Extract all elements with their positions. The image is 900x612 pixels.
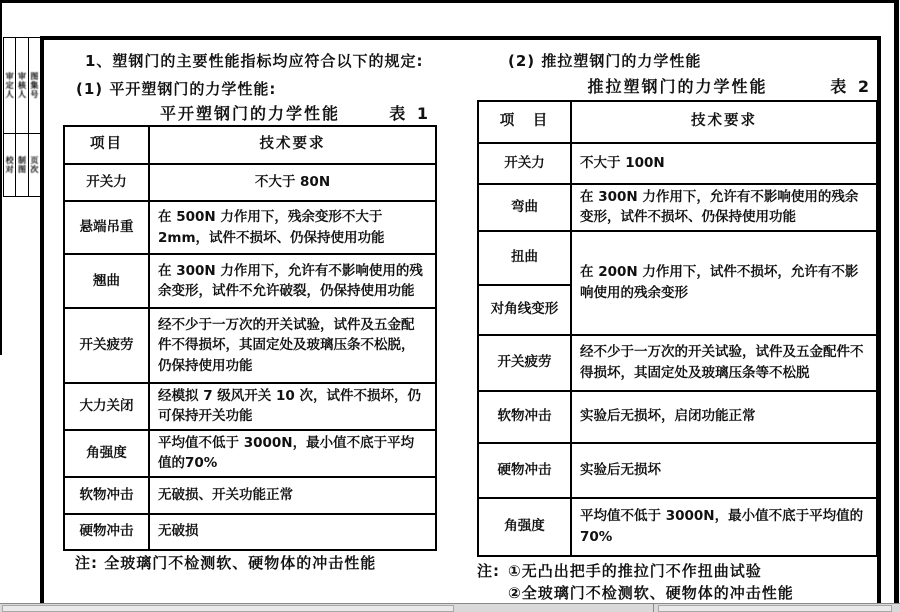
row-req: 经模拟 7 级风开关 10 次，试件不损坏，仍可保持开关功能: [149, 383, 436, 430]
margin-stamp-strip: 审定人 审核人 图集号 校对 制图 页次: [3, 37, 41, 197]
row-req: 经不少于一万次的开关试验，试件及五金配件不得损坏，其固定处及玻璃压条等不松脱: [571, 335, 877, 391]
col-header-item: 项目: [64, 126, 149, 164]
stamp-group-lower: 校对 制图 页次: [3, 133, 41, 197]
row-req: 实验后无损坏: [571, 443, 877, 498]
row-item: 开关力: [478, 143, 571, 184]
table-row: 翘曲 在 300N 力作用下，允许有不影响使用的残余变形，试件不允许破裂，仍保持…: [64, 254, 436, 308]
row-item: 开关疲劳: [478, 335, 571, 391]
stamp-text: 制图: [16, 156, 27, 174]
row-item: 悬端吊重: [64, 201, 149, 254]
note-prefix: 注:: [477, 560, 500, 604]
stamp-cell: 图集号: [28, 37, 41, 134]
section2-heading: (2) 推拉塑钢门的力学性能: [508, 50, 701, 71]
row-item: 软物冲击: [478, 391, 571, 443]
row-item: 硬物冲击: [478, 443, 571, 498]
table-pingkai-door: 项目 技术要求 开关力 不大于 80N 悬端吊重 在 500N 力作用下，残余变…: [63, 125, 437, 551]
row-item: 开关疲劳: [64, 308, 149, 383]
row-req: 实验后无损坏，启闭功能正常: [571, 391, 877, 443]
stamp-group-upper: 审定人 审核人 图集号: [3, 37, 41, 134]
table2-note: 注: ①无凸出把手的推拉门不作扭曲试验 ②全玻璃门不检测软、硬物体的冲击性能: [477, 560, 794, 604]
table2-label: 表 2: [830, 74, 872, 97]
row-item: 对角线变形: [478, 285, 571, 335]
row-item: 角强度: [64, 430, 149, 477]
table-row: 开关力 不大于 80N: [64, 164, 436, 201]
table-header-row: 项目 技术要求: [64, 126, 436, 164]
row-item: 硬物冲击: [64, 514, 149, 550]
row-req-merged: 在 200N 力作用下，试件不损坏，允许有不影响使用的残余变形: [571, 231, 877, 335]
scan-edge-top: [0, 0, 898, 3]
table1-label: 表 1: [389, 101, 431, 124]
table-row: 软物冲击 无破损、开关功能正常: [64, 477, 436, 514]
row-item: 大力关闭: [64, 383, 149, 430]
table-row: 开关疲劳 经不少于一万次的开关试验，试件及五金配件不得损坏，其固定处及玻璃压条不…: [64, 308, 436, 383]
note-line-2: ②全玻璃门不检测软、硬物体的冲击性能: [508, 582, 794, 604]
table-tuila-door: 项 目 技术要求 开关力 不大于 100N 弯曲 在 300N 力作用下，允许有…: [477, 100, 878, 557]
table-row: 弯曲 在 300N 力作用下，允许有不影响使用的残余变形，试件不损坏、仍保持使用…: [478, 184, 877, 231]
row-req: 无破损、开关功能正常: [149, 477, 436, 514]
scrollbar-segment-right[interactable]: [658, 605, 892, 612]
table2-caption: 推拉塑钢门的力学性能 表 2: [477, 74, 878, 97]
row-item: 翘曲: [64, 254, 149, 308]
row-req: 在 300N 力作用下，允许有不影响使用的残余变形，试件不允许破裂，仍保持使用功…: [149, 254, 436, 308]
row-req: 在 500N 力作用下，残余变形不大于 2mm，试件不损坏、仍保持使用功能: [149, 201, 436, 254]
stamp-cell: 制图: [15, 133, 28, 197]
intro-line: 1、塑钢门的主要性能指标均应符合以下的规定:: [85, 50, 423, 71]
table-row: 软物冲击 实验后无损坏，启闭功能正常: [478, 391, 877, 443]
row-item: 开关力: [64, 164, 149, 201]
stamp-text: 审核人: [16, 72, 27, 99]
stamp-text: 页次: [29, 156, 40, 174]
table-row: 大力关闭 经模拟 7 级风开关 10 次，试件不损坏，仍可保持开关功能: [64, 383, 436, 430]
table2-title: 推拉塑钢门的力学性能: [477, 74, 878, 97]
scrollbar-segment-left[interactable]: [2, 605, 454, 612]
row-item: 软物冲击: [64, 477, 149, 514]
table-row: 硬物冲击 无破损: [64, 514, 436, 550]
table-row: 硬物冲击 实验后无损坏: [478, 443, 877, 498]
stamp-text: 校对: [4, 156, 15, 174]
scan-edge-right: [894, 0, 899, 612]
table-row: 角强度 平均值不低于 3000N，最小值不底于平均值的70%: [478, 498, 877, 556]
table1-title: 平开塑钢门的力学性能: [63, 101, 437, 124]
table-row: 开关疲劳 经不少于一万次的开关试验，试件及五金配件不得损坏，其固定处及玻璃压条等…: [478, 335, 877, 391]
table1-caption: 平开塑钢门的力学性能 表 1: [63, 101, 437, 124]
table-row: 悬端吊重 在 500N 力作用下，残余变形不大于 2mm，试件不损坏、仍保持使用…: [64, 201, 436, 254]
note-line-1: ①无凸出把手的推拉门不作扭曲试验: [508, 560, 794, 582]
stamp-text: 审定人: [4, 72, 15, 99]
scan-edge-left: [0, 0, 2, 355]
row-item: 角强度: [478, 498, 571, 556]
col-header-item: 项 目: [478, 101, 571, 143]
row-item: 扭曲: [478, 231, 571, 285]
row-req: 平均值不低于 3000N，最小值不底于平均值的70%: [149, 430, 436, 477]
col-header-req: 技术要求: [571, 101, 877, 143]
stamp-cell: 审定人: [3, 37, 16, 134]
row-req: 平均值不低于 3000N，最小值不底于平均值的70%: [571, 498, 877, 556]
row-item: 弯曲: [478, 184, 571, 231]
row-req: 经不少于一万次的开关试验，试件及五金配件不得损坏，其固定处及玻璃压条不松脱，仍保…: [149, 308, 436, 383]
scrollbar-divider: [653, 604, 654, 612]
table1-note: 注: 全玻璃门不检测软、硬物体的冲击性能: [75, 552, 376, 573]
table-row: 扭曲 在 200N 力作用下，试件不损坏，允许有不影响使用的残余变形: [478, 231, 877, 285]
table-row: 开关力 不大于 100N: [478, 143, 877, 184]
row-req: 不大于 100N: [571, 143, 877, 184]
row-req: 不大于 80N: [149, 164, 436, 201]
section1-heading: (1) 平开塑钢门的力学性能:: [76, 78, 276, 99]
col-header-req: 技术要求: [149, 126, 436, 164]
row-req: 无破损: [149, 514, 436, 550]
stamp-cell: 审核人: [15, 37, 28, 134]
stamp-text: 图集号: [29, 72, 40, 99]
table-header-row: 项 目 技术要求: [478, 101, 877, 143]
stamp-cell: 页次: [28, 133, 41, 197]
horizontal-scrollbar[interactable]: [0, 603, 900, 612]
row-req: 在 300N 力作用下，允许有不影响使用的残余变形，试件不损坏、仍保持使用功能: [571, 184, 877, 231]
stamp-cell: 校对: [3, 133, 16, 197]
table-row: 角强度 平均值不低于 3000N，最小值不底于平均值的70%: [64, 430, 436, 477]
